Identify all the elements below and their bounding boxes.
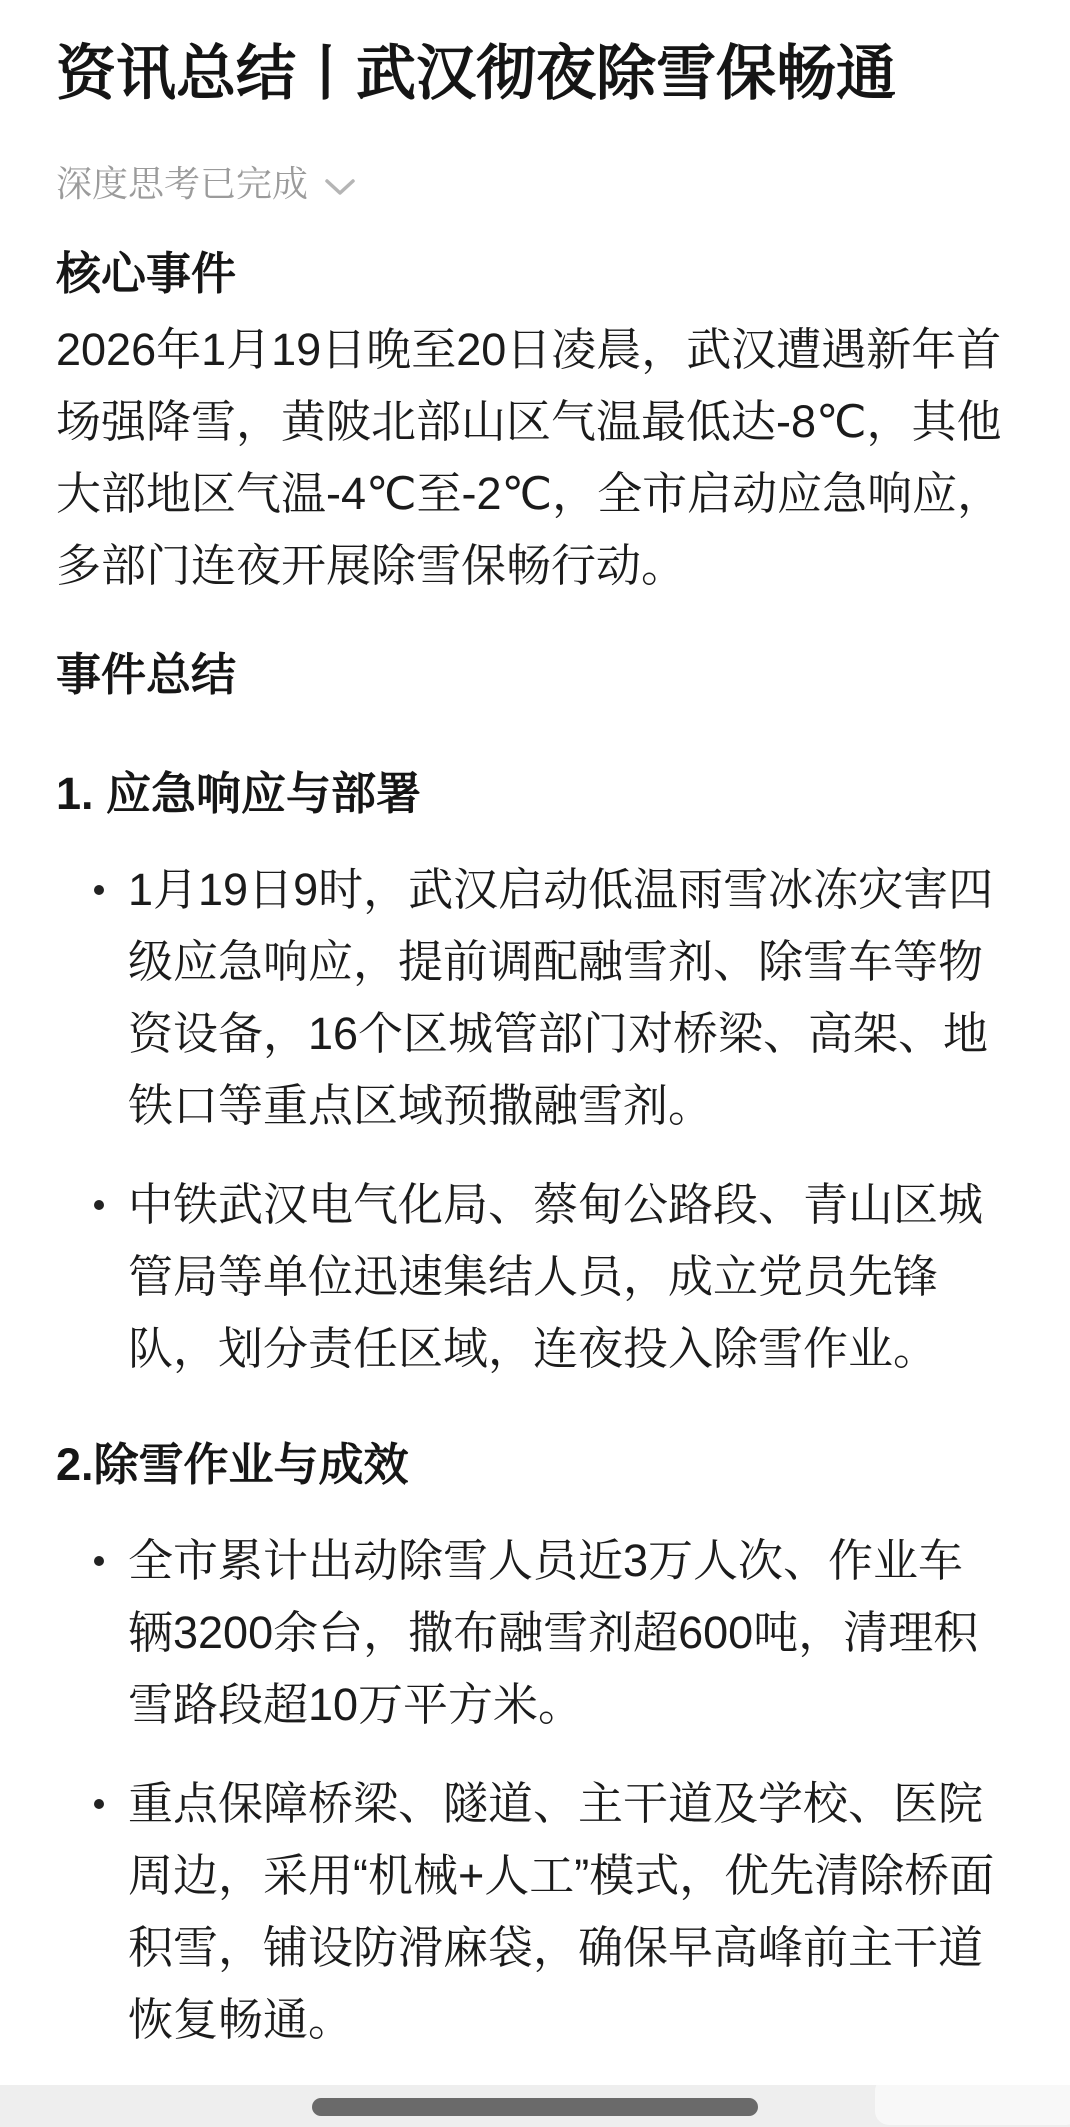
- chevron-down-icon: [324, 177, 356, 197]
- page-title: 资讯总结丨武汉彻夜除雪保畅通: [56, 36, 1032, 112]
- section-heading-core-event: 核心事件: [56, 238, 1032, 310]
- list-item: 1月19日9时，武汉启动低温雨雪冰冻灾害四级应急响应，提前调配融雪剂、除雪车等物…: [56, 854, 1032, 1142]
- deep-think-status-label: 深度思考已完成: [56, 162, 308, 206]
- list-item: 重点保障桥梁、隧道、主干道及学校、医院周边，采用“机械+人工”模式，优先清除桥面…: [56, 1768, 1032, 2056]
- bullet-text: 全市累计出动除雪人员近3万人次、作业车辆3200余台，撒布融雪剂超600吨，清理…: [128, 1535, 978, 1730]
- bullet-dot-icon: [94, 1799, 104, 1809]
- list-item: 全市累计出动除雪人员近3万人次、作业车辆3200余台，撒布融雪剂超600吨，清理…: [56, 1525, 1032, 1741]
- bullet-dot-icon: [94, 1556, 104, 1566]
- bullet-text: 重点保障桥梁、隧道、主干道及学校、医院周边，采用“机械+人工”模式，优先清除桥面…: [128, 1778, 994, 2045]
- subsection-heading-operations: 2.除雪作业与成效: [56, 1429, 1032, 1501]
- list-item: 中铁武汉电气化局、蔡甸公路段、青山区城管局等单位迅速集结人员，成立党员先锋队，划…: [56, 1169, 1032, 1385]
- section-heading-summary: 事件总结: [56, 639, 1032, 711]
- ghost-overlay: [875, 2077, 1070, 2125]
- bullet-text: 1月19日9时，武汉启动低温雨雪冰冻灾害四级应急响应，提前调配融雪剂、除雪车等物…: [128, 864, 993, 1131]
- bullet-text: 中铁武汉电气化局、蔡甸公路段、青山区城管局等单位迅速集结人员，成立党员先锋队，划…: [128, 1179, 983, 1374]
- horizontal-scrollbar[interactable]: [312, 2098, 758, 2116]
- core-event-paragraph: 2026年1月19日晚至20日凌晨，武汉遭遇新年首场强降雪，黄陂北部山区气温最低…: [56, 314, 1032, 602]
- bullet-dot-icon: [94, 1200, 104, 1210]
- subsection-heading-response: 1. 应急响应与部署: [56, 758, 1032, 830]
- bullet-list-response: 1月19日9时，武汉启动低温雨雪冰冻灾害四级应急响应，提前调配融雪剂、除雪车等物…: [56, 854, 1032, 1385]
- app-screen: 资讯总结丨武汉彻夜除雪保畅通 深度思考已完成 核心事件 2026年1月19日晚至…: [0, 0, 1070, 2127]
- bottom-bar: [0, 2085, 1070, 2127]
- deep-think-toggle[interactable]: 深度思考已完成: [56, 162, 1032, 206]
- bullet-list-operations: 全市累计出动除雪人员近3万人次、作业车辆3200余台，撒布融雪剂超600吨，清理…: [56, 1525, 1032, 2056]
- bullet-dot-icon: [94, 885, 104, 895]
- summary-article: 资讯总结丨武汉彻夜除雪保畅通 深度思考已完成 核心事件 2026年1月19日晚至…: [0, 0, 1070, 2056]
